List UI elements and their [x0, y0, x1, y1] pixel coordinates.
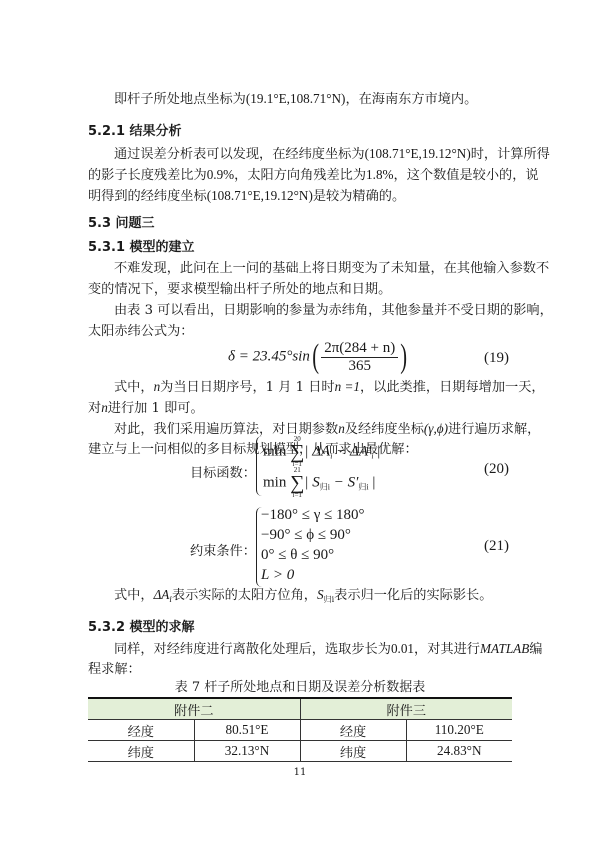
variable: n	[101, 400, 108, 415]
text: 及经纬度坐标	[345, 422, 424, 437]
denominator: 365	[321, 358, 398, 375]
sum-operator: 21∑i=1	[290, 467, 304, 499]
text: ，以此类推，日期每增加一天，	[360, 380, 545, 395]
section-heading-5-3-2: 5.3.2 模型的求解	[88, 616, 195, 635]
symbol: S	[317, 587, 324, 602]
variable: n	[338, 421, 345, 436]
cell-label: 经度	[88, 720, 194, 741]
text: 式中，	[114, 588, 154, 603]
expr: | ΔA	[304, 443, 330, 459]
constraint-3: 0° ≤ θ ≤ 90°	[261, 547, 334, 564]
cell-value: 24.83°N	[406, 741, 512, 762]
paragraph-line: 变的情况下，要求模型输出杆子所处的地点和日期。	[88, 279, 512, 300]
coordinate: (108.71°E,19.12°N)	[365, 146, 471, 161]
value: 1.8%	[366, 167, 393, 182]
numerator: 2π(284 + n)	[321, 340, 398, 358]
paragraph-line: 不难发现，此问在上一问的基础上将日期变为了未知量，在其他输入参数不	[88, 258, 512, 279]
text: ，太阳方向角残差比为	[234, 168, 366, 183]
coordinate: (19.1°E,108.71°N)	[246, 91, 346, 106]
text: ，在海南东方市境内。	[345, 92, 477, 107]
text: 通过误差分析表可以发现，在经纬度坐标为	[114, 147, 365, 162]
subscript: 归i	[358, 482, 368, 491]
cell-value: 32.13°N	[194, 741, 300, 762]
text: 为当日日期序号，1 月 1 日时	[160, 380, 334, 395]
paragraph-line: 式中，ΔAi表示实际的太阳方位角，S归i表示归一化后的实际影长。	[114, 584, 538, 610]
text: 对	[88, 401, 101, 416]
min-operator: min	[263, 443, 286, 459]
equation-number-21: (21)	[484, 538, 509, 555]
text: 同样，对经纬度进行离散化处理后，选取步长为	[114, 642, 391, 657]
page-number: 11	[0, 767, 600, 778]
text: 进行加 1 即可。	[108, 401, 204, 416]
cell-label: 纬度	[88, 741, 194, 762]
section-heading-5-3: 5.3 问题三	[88, 212, 155, 231]
objective-row-2: min 21∑i=1| S归i − S′归i |	[263, 467, 375, 499]
subscript: 归i	[320, 482, 330, 491]
equation-number-19: (19)	[484, 350, 509, 367]
group-header: 附件三	[300, 698, 512, 720]
intro-paragraph: 即杆子所处地点坐标为(19.1°E,108.71°N)，在海南东方市境内。	[88, 88, 512, 110]
text: ，这个数值是较小的，说	[394, 168, 539, 183]
equation-number-20: (20)	[484, 461, 509, 478]
constraint-2: −90° ≤ ϕ ≤ 90°	[261, 527, 351, 544]
expr: | S	[304, 474, 319, 490]
paragraph-line: 同样，对经纬度进行离散化处理后，选取步长为0.01，对其进行MATLAB编	[88, 638, 512, 660]
value: 0.01	[391, 641, 414, 656]
constraint-label: 约束条件：	[190, 540, 256, 559]
brace-icon	[256, 436, 263, 496]
subscript: 归i	[324, 595, 335, 604]
paren-right: )	[400, 338, 407, 376]
cell-value: 110.20°E	[406, 720, 512, 741]
paragraph-line: 由表 3 可以看出，日期影响的参量为赤纬角，其他参量并不受日期的影响，	[88, 300, 512, 321]
paren-left: (	[312, 338, 319, 376]
symbol: ΔA	[154, 587, 170, 602]
value: 0.9%	[207, 167, 234, 182]
table-row: 经度 80.51°E 经度 110.20°E	[88, 720, 512, 741]
text: 进行遍历求解，	[448, 422, 540, 437]
text: 表示实际的太阳方位角，	[172, 588, 317, 603]
expr: − ΔA′	[332, 443, 371, 459]
paragraph-line: 式中，n为当日日期序号，1 月 1 日时n =1，以此类推，日期每增加一天，	[88, 376, 512, 398]
equation-19: δ = 23.45°sin(2π(284 + n)365)	[228, 338, 410, 376]
objective-label: 目标函数：	[190, 462, 256, 481]
text: 式中，	[114, 380, 154, 395]
cell-label: 经度	[300, 720, 406, 741]
expr: |	[369, 474, 376, 490]
text: 对此，我们采用遍历算法，对日期参数	[114, 422, 338, 437]
constraint-4: L > 0	[261, 567, 294, 584]
fraction: 2π(284 + n)365	[321, 340, 398, 375]
table-caption: 表 7 杆子所处地点和日期及误差分析数据表	[88, 676, 512, 695]
table-header-row: 附件二 附件三	[88, 698, 512, 720]
equation-inline: n =1	[335, 379, 360, 394]
paragraph-line: 通过误差分析表可以发现，在经纬度坐标为(108.71°E,19.12°N)时，计…	[88, 143, 512, 165]
expr: |	[374, 443, 381, 459]
text: 时，计算所得	[471, 147, 550, 162]
text: 编	[529, 642, 542, 657]
constraint-1: −180° ≤ γ ≤ 180°	[261, 507, 365, 524]
sum-operator: 20∑i=1	[290, 436, 304, 468]
text: 明得到的经纬度坐标	[88, 189, 207, 204]
section-heading-5-2-1: 5.2.1 结果分析	[88, 120, 182, 139]
eq-lhs: δ = 23.45°sin	[228, 348, 310, 364]
coordinate: (108.71°E,19.12°N)	[207, 188, 313, 203]
section-heading-5-3-1: 5.3.1 模型的建立	[88, 236, 195, 255]
objective-row-1: min 20∑i=1| ΔAi − ΔA′i |	[263, 436, 380, 468]
text: 的影子长度残差比为	[88, 168, 207, 183]
text: 表示归一化后的实际影长。	[334, 588, 492, 603]
text: 是较为精确的。	[313, 189, 405, 204]
paragraph-line: 对n进行加 1 即可。	[88, 397, 512, 419]
paragraph-line: 明得到的经纬度坐标(108.71°E,19.12°N)是较为精确的。	[88, 185, 512, 207]
group-header: 附件二	[88, 698, 300, 720]
text: 即杆子所处地点坐标为	[114, 92, 246, 107]
cell-value: 80.51°E	[194, 720, 300, 741]
cell-label: 纬度	[300, 741, 406, 762]
software-name: MATLAB	[480, 641, 529, 656]
coordinate: (γ,ϕ)	[424, 421, 448, 436]
min-operator: min	[263, 474, 286, 490]
expr: − S′	[330, 474, 358, 490]
paragraph-line: 的影子长度残差比为0.9%，太阳方向角残差比为1.8%，这个数值是较小的，说	[88, 164, 512, 186]
text: ，对其进行	[414, 642, 480, 657]
table-row: 纬度 32.13°N 纬度 24.83°N	[88, 741, 512, 762]
table-7: 附件二 附件三 经度 80.51°E 经度 110.20°E 纬度 32.13°…	[88, 697, 512, 762]
